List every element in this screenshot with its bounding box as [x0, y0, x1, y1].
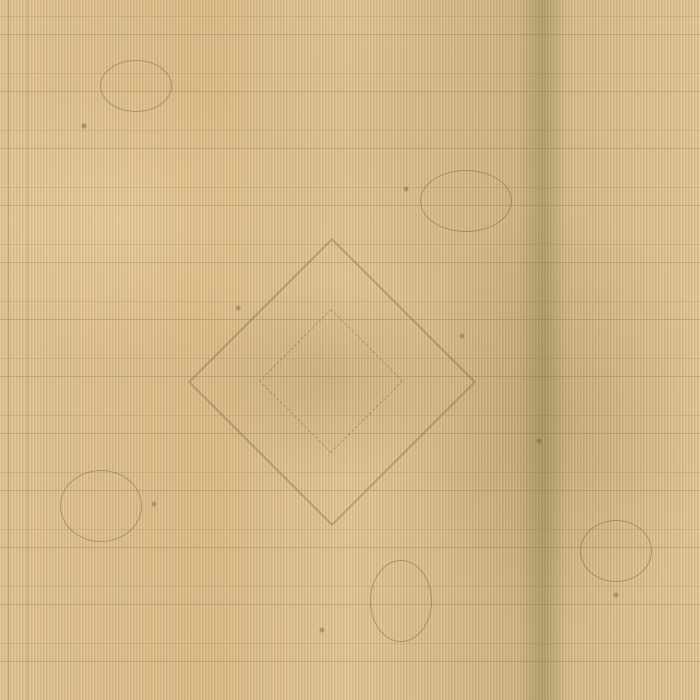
rug-texture-image	[0, 0, 700, 700]
wear-speckles	[0, 0, 700, 700]
